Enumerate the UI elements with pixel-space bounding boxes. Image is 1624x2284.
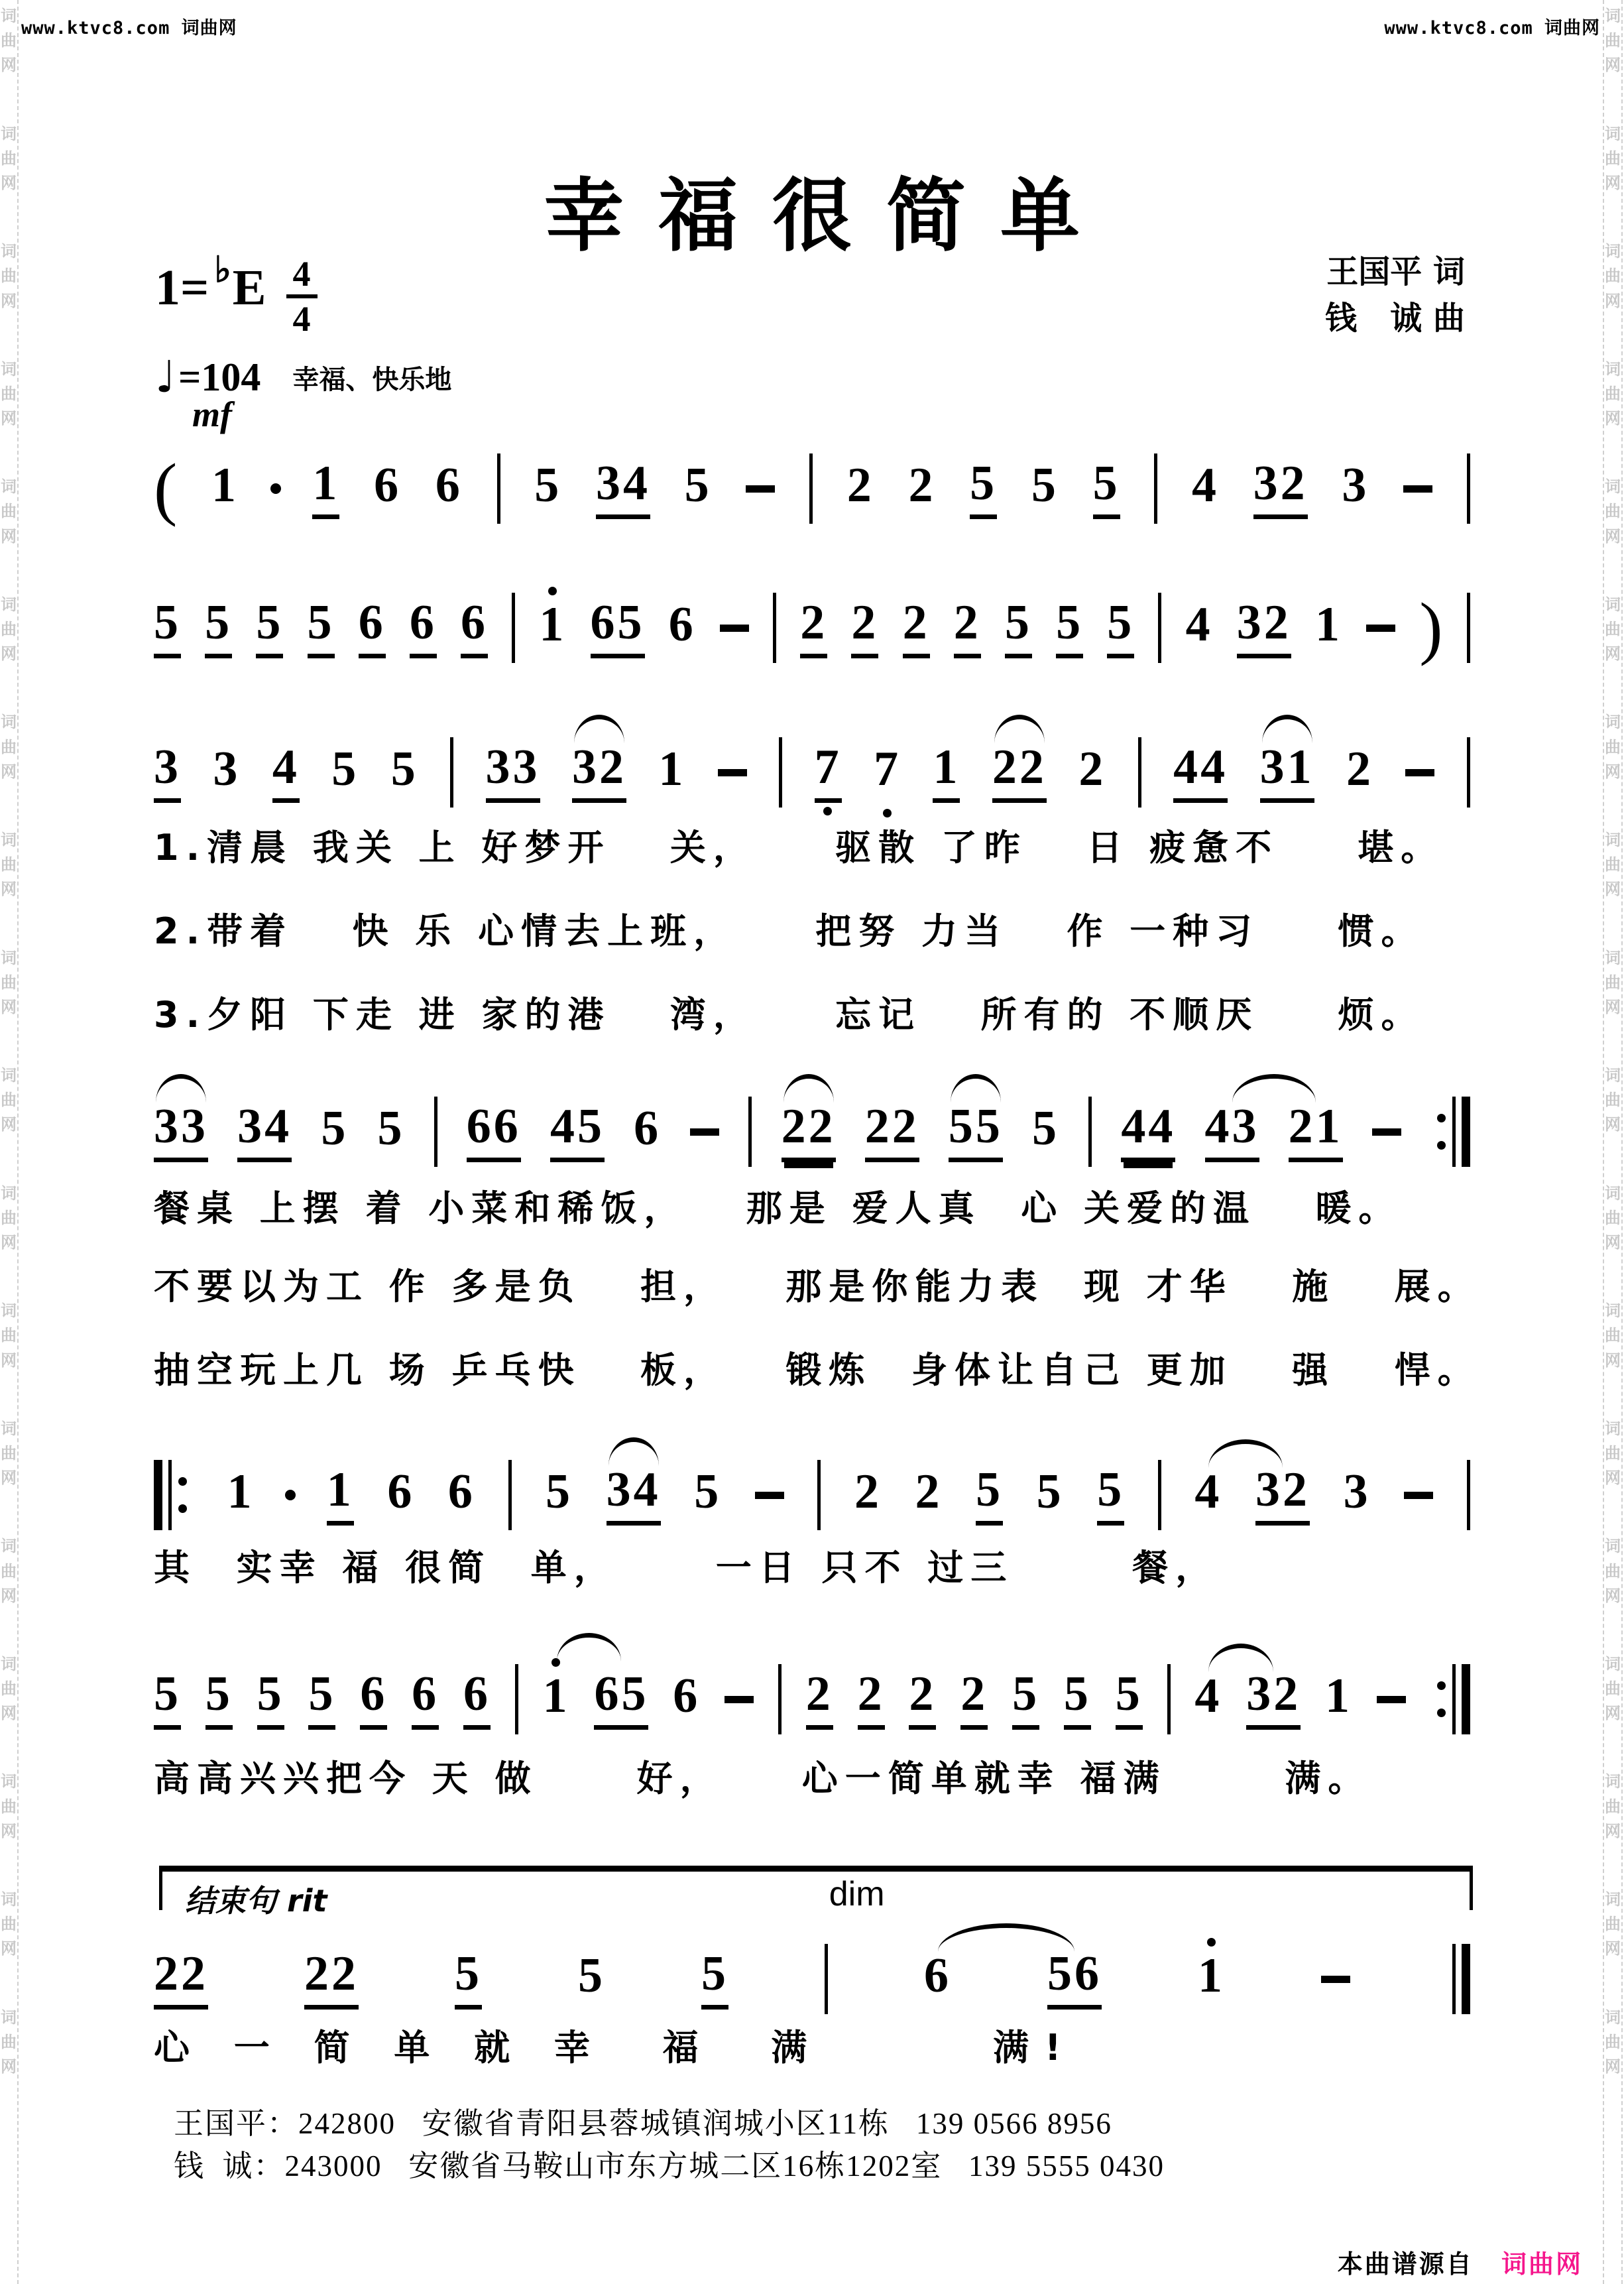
side-watermark-char: 网 xyxy=(1604,289,1621,314)
mood-text: 幸福、快乐地 xyxy=(292,359,451,396)
side-watermark-char: 曲 xyxy=(0,499,17,524)
side-watermark-char: 词 xyxy=(0,357,17,382)
music-line-6: 5555666165622225554321 xyxy=(154,1659,1470,1740)
note-token: 6 xyxy=(360,1669,387,1730)
side-watermark-char: 词 xyxy=(0,4,17,29)
side-watermark-char: 词 xyxy=(1604,475,1621,499)
ending-label: 结束句 rit xyxy=(185,1877,327,1921)
note-token: 5 xyxy=(1093,459,1120,519)
dash-note xyxy=(1321,1976,1350,1983)
side-watermark-char: 曲 xyxy=(1604,1912,1621,1937)
lyrics-row-1: 餐桌 上摆 着 小菜和稀饭， 那是 爱人真 心 关爱的温 暖。 xyxy=(154,1180,1401,1231)
side-watermark-char: 曲 xyxy=(0,1559,17,1584)
dash-note xyxy=(725,1696,754,1703)
music-line-2: 5555666165622225554321) xyxy=(154,587,1470,668)
side-watermark-char: 网 xyxy=(1604,1231,1621,1255)
note-token: 5 xyxy=(1031,461,1059,516)
note-token: 6 xyxy=(412,1669,439,1730)
parenthesis: ( xyxy=(154,453,177,524)
side-watermark-char: 曲 xyxy=(1604,1088,1621,1112)
side-watermark-char: 曲 xyxy=(1604,264,1621,288)
lyrics-chorus-1: 其 实幸 福 很简 单， 一日 只不 过三 餐， xyxy=(154,1539,1218,1591)
barline xyxy=(1088,1097,1092,1167)
side-watermark-char: 曲 xyxy=(1604,853,1621,877)
side-watermark-char: 曲 xyxy=(1604,1559,1621,1584)
note-token: 21 xyxy=(1289,1102,1343,1162)
dash-note xyxy=(746,485,775,493)
side-watermark-char: 网 xyxy=(0,1112,17,1137)
note-token: 33 xyxy=(486,743,540,803)
note-token: 4 xyxy=(1186,600,1213,656)
barline xyxy=(1467,737,1470,808)
side-watermark-char: 曲 xyxy=(1604,735,1621,760)
note-token: 5 xyxy=(391,745,418,800)
note-token: 1 xyxy=(1325,1671,1352,1727)
side-watermark-char: 曲 xyxy=(0,1677,17,1701)
note-token: 1 xyxy=(1315,600,1342,656)
side-watermark-char: 曲 xyxy=(1604,29,1621,53)
high-octave-dot xyxy=(1207,1938,1216,1947)
side-watermark-char: 曲 xyxy=(0,2030,17,2055)
lyrics-chorus-2: 高高兴兴把今 天 做 好， 心一简单就幸 福满 满。 xyxy=(154,1750,1371,1801)
barline xyxy=(1154,453,1157,524)
note-token: 4 xyxy=(1194,1467,1222,1523)
note-token: 5 xyxy=(970,459,997,519)
dim-marking: dim xyxy=(829,1874,885,1914)
barline xyxy=(508,1460,512,1530)
side-watermark-char: 曲 xyxy=(1604,382,1621,406)
side-watermark-char: 网 xyxy=(1604,1466,1621,1490)
note-token: 7 xyxy=(874,745,901,800)
note-token: 22 xyxy=(782,1102,836,1162)
note-token: 5 xyxy=(205,598,232,658)
side-watermark-char: 网 xyxy=(0,1466,17,1490)
key-letter: E xyxy=(233,263,266,313)
note-token: 3 xyxy=(1344,1467,1371,1523)
barline xyxy=(1467,453,1470,524)
side-watermark-char: 网 xyxy=(1604,2055,1621,2079)
side-watermark-char: 词 xyxy=(0,1299,17,1323)
side-watermark-char: 网 xyxy=(1604,642,1621,666)
side-watermark-char: 词 xyxy=(1604,4,1621,29)
side-watermark-char: 曲 xyxy=(0,1088,17,1112)
side-watermark-char: 词 xyxy=(1604,1888,1621,1912)
note-token: 6 xyxy=(634,1104,661,1160)
side-watermark-char: 网 xyxy=(1604,1112,1621,1137)
side-watermark-char: 网 xyxy=(1604,406,1621,431)
note-token: 1 xyxy=(658,745,685,800)
note-token: 4 xyxy=(1192,461,1219,516)
note-token: 3 xyxy=(1342,461,1369,516)
note-token: 6 xyxy=(387,1467,414,1523)
lyrics-row-2: 不要以为工 作 多是负 担， 那是你能力表 现 才华 施 展。 xyxy=(154,1258,1481,1309)
composer-credit: 钱 诚 曲 xyxy=(1325,300,1465,337)
note-token: 6 xyxy=(673,1671,700,1727)
sheet-music-page: 词曲网词曲网词曲网词曲网词曲网词曲网词曲网词曲网词曲网词曲网词曲网词曲网词曲网词… xyxy=(0,0,1624,2284)
slur-arc xyxy=(609,1437,659,1466)
barline xyxy=(748,1097,752,1167)
side-watermark-char: 网 xyxy=(1604,877,1621,902)
side-watermark-char: 词 xyxy=(0,1181,17,1206)
note-token: 6 xyxy=(374,461,401,516)
music-line-1: (11665345225554323 xyxy=(154,448,1470,529)
side-watermark-char: 词 xyxy=(1604,1181,1621,1206)
note-token: 5 xyxy=(331,745,359,800)
slur-arc xyxy=(783,1074,834,1103)
note-token: 45 xyxy=(550,1102,605,1162)
note-token: 5 xyxy=(578,1951,605,2007)
note-token: 2 xyxy=(909,1669,936,1730)
side-watermark-char: 词 xyxy=(1604,122,1621,147)
side-watermark-char: 网 xyxy=(1604,995,1621,1020)
meter-denominator: 4 xyxy=(293,298,311,338)
lyrics-verse-2: 2.带着 快 乐 心情去上班， 把努 力当 作 一种习 惯。 xyxy=(154,903,1424,954)
side-watermark-char: 词 xyxy=(0,946,17,971)
note-token: 1 xyxy=(227,1467,255,1523)
slur-arc xyxy=(951,1074,1001,1103)
note-token: 2 xyxy=(903,598,930,658)
source-site-link[interactable]: 词曲网 xyxy=(1501,2250,1583,2279)
side-watermark-char: 曲 xyxy=(1604,1206,1621,1231)
barline xyxy=(1158,593,1161,663)
note-token: 2 xyxy=(908,461,935,516)
final-barline xyxy=(1446,1944,1470,2014)
barline xyxy=(1158,1460,1161,1530)
note-token: 5 xyxy=(976,1465,1003,1526)
dash-note xyxy=(1403,485,1432,493)
dynamic-marking: mf xyxy=(192,394,232,435)
side-watermark-char: 网 xyxy=(0,524,17,549)
side-watermark-char: 词 xyxy=(1604,946,1621,971)
barline xyxy=(434,1097,437,1167)
source-watermark: 本曲谱源自 词曲网 xyxy=(1338,2244,1583,2280)
repeat-start xyxy=(154,1460,194,1530)
key-prefix: 1= xyxy=(155,263,209,313)
side-watermark-char: 网 xyxy=(0,1701,17,1726)
side-watermark-char: 词 xyxy=(0,1652,17,1677)
barline xyxy=(497,453,500,524)
tempo-marking: ♩ =104 幸福、快乐地 xyxy=(155,355,451,399)
side-watermark-char: 词 xyxy=(1604,357,1621,382)
side-watermark-char: 词 xyxy=(0,828,17,853)
augmentation-dot xyxy=(285,1490,296,1500)
side-watermark-char: 网 xyxy=(0,760,17,784)
side-watermark-char: 网 xyxy=(0,995,17,1020)
slur-arc xyxy=(938,1923,1075,1952)
note-token: 5 xyxy=(257,1669,284,1730)
note-token: 55 xyxy=(949,1102,1003,1162)
note-token: 5 xyxy=(1012,1669,1039,1730)
side-watermark-char: 曲 xyxy=(0,971,17,995)
note-token: 6 xyxy=(924,1951,951,2007)
dash-note xyxy=(1404,1492,1433,1499)
barline xyxy=(515,1664,518,1734)
note-token: 6 xyxy=(463,1669,491,1730)
side-watermark-char: 曲 xyxy=(1604,499,1621,524)
side-watermark-char: 曲 xyxy=(1604,1323,1621,1348)
side-watermark-char: 曲 xyxy=(0,1441,17,1466)
barline xyxy=(1467,593,1470,663)
side-watermark-char: 曲 xyxy=(1604,1795,1621,1819)
side-watermark-char: 网 xyxy=(0,1349,17,1373)
side-watermark-char: 网 xyxy=(1604,760,1621,784)
note-token: 5 xyxy=(205,1669,233,1730)
slur-arc xyxy=(1232,1074,1316,1103)
side-watermark-char: 词 xyxy=(0,1417,17,1441)
note-token: 5 xyxy=(1005,598,1032,658)
note-token: 32 xyxy=(572,743,626,803)
note-token: 2 xyxy=(858,1669,885,1730)
side-watermark-char: 网 xyxy=(0,2055,17,2079)
low-octave-dot xyxy=(883,809,892,817)
ending-bracket: 结束句 rit dim xyxy=(159,1866,1473,1910)
note-token: 6 xyxy=(669,600,696,656)
dash-note xyxy=(755,1492,784,1499)
dash-note xyxy=(718,769,747,776)
note-token: 5 xyxy=(1037,1467,1064,1523)
side-watermark-char: 曲 xyxy=(1604,2030,1621,2055)
barline xyxy=(825,1944,828,2014)
side-watermark-char: 曲 xyxy=(1604,1677,1621,1701)
note-token: 5 xyxy=(694,1467,721,1523)
side-watermark-char: 曲 xyxy=(1604,971,1621,995)
side-watermark-char: 曲 xyxy=(0,382,17,406)
augmentation-dot xyxy=(270,483,281,494)
slur-arc xyxy=(156,1074,206,1103)
side-watermark-char: 词 xyxy=(1604,1770,1621,1794)
time-signature: 4 4 xyxy=(286,255,318,339)
note-token: 5 xyxy=(455,1949,482,2010)
side-watermark-char: 曲 xyxy=(0,1323,17,1348)
note-token: 22 xyxy=(865,1102,919,1162)
barline xyxy=(773,593,776,663)
note-token: 3 xyxy=(154,743,181,803)
slur-arc xyxy=(557,1633,622,1661)
note-token: 6 xyxy=(461,598,488,658)
note-token: 1 xyxy=(933,743,960,803)
note-token: 5 xyxy=(154,1669,181,1730)
side-watermark-char: 曲 xyxy=(1604,617,1621,642)
side-watermark-char: 网 xyxy=(0,53,17,78)
note-token: 44 xyxy=(1173,743,1228,803)
side-watermark-char: 词 xyxy=(1604,1063,1621,1088)
slur-arc xyxy=(994,715,1045,743)
dash-note xyxy=(1372,1128,1401,1136)
note-token: 5 xyxy=(534,461,561,516)
side-watermark-char: 词 xyxy=(0,2006,17,2030)
side-watermark-char: 词 xyxy=(0,475,17,499)
side-watermark-char: 网 xyxy=(0,1819,17,1844)
barline xyxy=(817,1460,821,1530)
note-token: 2 xyxy=(854,1467,882,1523)
tempo-value: =104 xyxy=(178,357,261,397)
barline xyxy=(779,737,782,808)
parenthesis: ) xyxy=(1419,593,1442,663)
note-token: 5 xyxy=(1116,1669,1143,1730)
side-watermark-char: 词 xyxy=(1604,1299,1621,1323)
note-token: 65 xyxy=(591,598,645,658)
barline xyxy=(1167,1664,1171,1734)
note-token: 44 xyxy=(1121,1102,1175,1162)
side-watermark-char: 词 xyxy=(1604,2006,1621,2030)
note-token: 65 xyxy=(594,1669,648,1730)
dash-note xyxy=(1405,769,1434,776)
note-token: 5 xyxy=(685,461,712,516)
note-token: 5 xyxy=(1064,1669,1091,1730)
repeat-end xyxy=(1430,1097,1470,1167)
note-token: 5 xyxy=(1107,598,1134,658)
music-line-5: 11665345225554323 xyxy=(154,1455,1470,1535)
barline xyxy=(1467,1460,1470,1530)
side-watermark-char: 网 xyxy=(1604,1701,1621,1726)
note-token: 5 xyxy=(321,1104,348,1160)
note-token: 6 xyxy=(448,1467,475,1523)
note-token: 5 xyxy=(377,1104,404,1160)
slur-arc xyxy=(574,715,624,743)
top-left-watermark: www.ktvc8.com 词曲网 xyxy=(21,13,237,39)
note-token: 34 xyxy=(237,1102,292,1162)
dash-note xyxy=(690,1128,719,1136)
right-watermark-strip: 词曲网词曲网词曲网词曲网词曲网词曲网词曲网词曲网词曲网词曲网词曲网词曲网词曲网词… xyxy=(1603,0,1623,2284)
side-watermark-char: 曲 xyxy=(0,853,17,877)
source-prefix: 本曲谱源自 xyxy=(1338,2250,1474,2279)
side-watermark-char: 曲 xyxy=(0,1912,17,1937)
side-watermark-char: 网 xyxy=(1604,1584,1621,1608)
high-octave-dot xyxy=(548,587,557,595)
barline xyxy=(778,1664,782,1734)
meter-numerator: 4 xyxy=(286,255,318,298)
note-token: 2 xyxy=(960,1669,988,1730)
note-token: 4 xyxy=(1194,1671,1222,1727)
side-watermark-char: 词 xyxy=(0,1534,17,1559)
lyricist-credit: 王国平 词 xyxy=(1326,253,1465,290)
slur-arc xyxy=(1262,715,1312,743)
side-watermark-char: 曲 xyxy=(0,1795,17,1819)
side-watermark-char: 网 xyxy=(0,406,17,431)
music-line-7: 22225556561 xyxy=(154,1939,1470,2019)
dash-note xyxy=(720,625,749,632)
note-token: 1 xyxy=(1198,1951,1225,2007)
note-token: 5 xyxy=(308,598,335,658)
note-token: 22 xyxy=(154,1949,208,2010)
note-token: 7 xyxy=(815,743,842,803)
side-watermark-char: 网 xyxy=(1604,1819,1621,1844)
side-watermark-char: 曲 xyxy=(0,29,17,53)
note-token: 6 xyxy=(359,598,386,658)
note-token: 33 xyxy=(154,1102,208,1162)
low-octave-dot xyxy=(823,807,832,815)
note-token: 1 xyxy=(211,461,239,516)
note-token: 34 xyxy=(607,1465,661,1526)
side-watermark-char: 词 xyxy=(0,1770,17,1794)
note-token: 5 xyxy=(701,1949,728,2010)
side-watermark-char: 曲 xyxy=(0,735,17,760)
note-token: 1 xyxy=(543,1671,570,1727)
note-token: 1 xyxy=(327,1465,354,1526)
note-token: 1 xyxy=(312,459,339,519)
lyricist-address: 王国平：242800 安徽省青阳县蓉城镇润城小区11栋 139 0566 895… xyxy=(174,2099,1112,2142)
note-token: 2 xyxy=(806,1669,833,1730)
barline xyxy=(512,593,515,663)
side-watermark-char: 词 xyxy=(0,122,17,147)
dash-note xyxy=(1366,625,1395,632)
slur-arc xyxy=(1208,1644,1274,1672)
note-token: 32 xyxy=(1255,1465,1310,1526)
note-token: 6 xyxy=(410,598,437,658)
side-watermark-char: 词 xyxy=(0,710,17,735)
note-token: 32 xyxy=(1237,598,1291,658)
side-watermark-char: 网 xyxy=(1604,1937,1621,1961)
note-token: 2 xyxy=(1346,745,1373,800)
side-watermark-char: 网 xyxy=(0,289,17,314)
note-token: 2 xyxy=(847,461,874,516)
side-watermark-char: 词 xyxy=(1604,593,1621,617)
side-watermark-char: 网 xyxy=(1604,524,1621,549)
barline xyxy=(809,453,813,524)
note-token: 56 xyxy=(1047,1949,1102,2010)
note-token: 22 xyxy=(992,743,1047,803)
note-token: 5 xyxy=(546,1467,573,1523)
slur-arc xyxy=(1208,1439,1283,1468)
note-token: 4 xyxy=(272,743,300,803)
side-watermark-char: 词 xyxy=(0,1888,17,1912)
side-watermark-char: 网 xyxy=(0,642,17,666)
left-watermark-strip: 词曲网词曲网词曲网词曲网词曲网词曲网词曲网词曲网词曲网词曲网词曲网词曲网词曲网词… xyxy=(0,0,19,2284)
side-watermark-char: 词 xyxy=(0,593,17,617)
top-right-watermark: www.ktvc8.com 词曲网 xyxy=(1384,13,1600,39)
note-token: 5 xyxy=(308,1669,335,1730)
credits: 王国平 词 钱 诚 曲 xyxy=(1325,249,1465,341)
note-token: 2 xyxy=(954,598,981,658)
note-token: 5 xyxy=(1097,1465,1124,1526)
side-watermark-char: 词 xyxy=(1604,828,1621,853)
note-token: 2 xyxy=(800,598,827,658)
dash-note xyxy=(1377,1696,1406,1703)
side-watermark-char: 曲 xyxy=(1604,1441,1621,1466)
note-token: 2 xyxy=(851,598,878,658)
side-watermark-char: 词 xyxy=(1604,710,1621,735)
composer-address: 钱 诚：243000 安徽省马鞍山市东方城二区16栋1202室 139 5555… xyxy=(174,2141,1165,2185)
note-token: 66 xyxy=(467,1102,521,1162)
side-watermark-char: 曲 xyxy=(0,1206,17,1231)
repeat-end xyxy=(1430,1664,1470,1734)
side-watermark-char: 词 xyxy=(1604,1534,1621,1559)
note-token: 2 xyxy=(915,1467,943,1523)
note-token: 2 xyxy=(1078,745,1106,800)
side-watermark-char: 网 xyxy=(0,1937,17,1961)
side-watermark-char: 网 xyxy=(1604,53,1621,78)
side-watermark-char: 网 xyxy=(0,877,17,902)
key-signature: 1=♭E 4 4 xyxy=(155,263,318,339)
note-token: 43 xyxy=(1205,1102,1259,1162)
flat-icon: ♭ xyxy=(214,252,231,288)
note-token: 5 xyxy=(1032,1104,1059,1160)
note-token: 3 xyxy=(213,745,240,800)
lyrics-ending: 心 一 简 单 就 幸 福 满 满! xyxy=(154,2019,1077,2071)
note-token: 22 xyxy=(304,1949,359,2010)
note-token: 5 xyxy=(256,598,283,658)
side-watermark-char: 网 xyxy=(0,1231,17,1255)
note-token: 1 xyxy=(539,600,566,656)
music-line-3: 334553332177122244312 xyxy=(154,732,1470,813)
note-token: 5 xyxy=(154,598,181,658)
side-watermark-char: 词 xyxy=(1604,1652,1621,1677)
note-token: 32 xyxy=(1246,1669,1301,1730)
quarter-note-icon: ♩ xyxy=(155,355,176,399)
side-watermark-char: 网 xyxy=(0,1584,17,1608)
lyrics-row-3: 抽空玩上几 场 乒乓快 板， 锻炼 身体让自己 更加 强 悍。 xyxy=(154,1342,1481,1393)
side-watermark-char: 词 xyxy=(1604,1417,1621,1441)
